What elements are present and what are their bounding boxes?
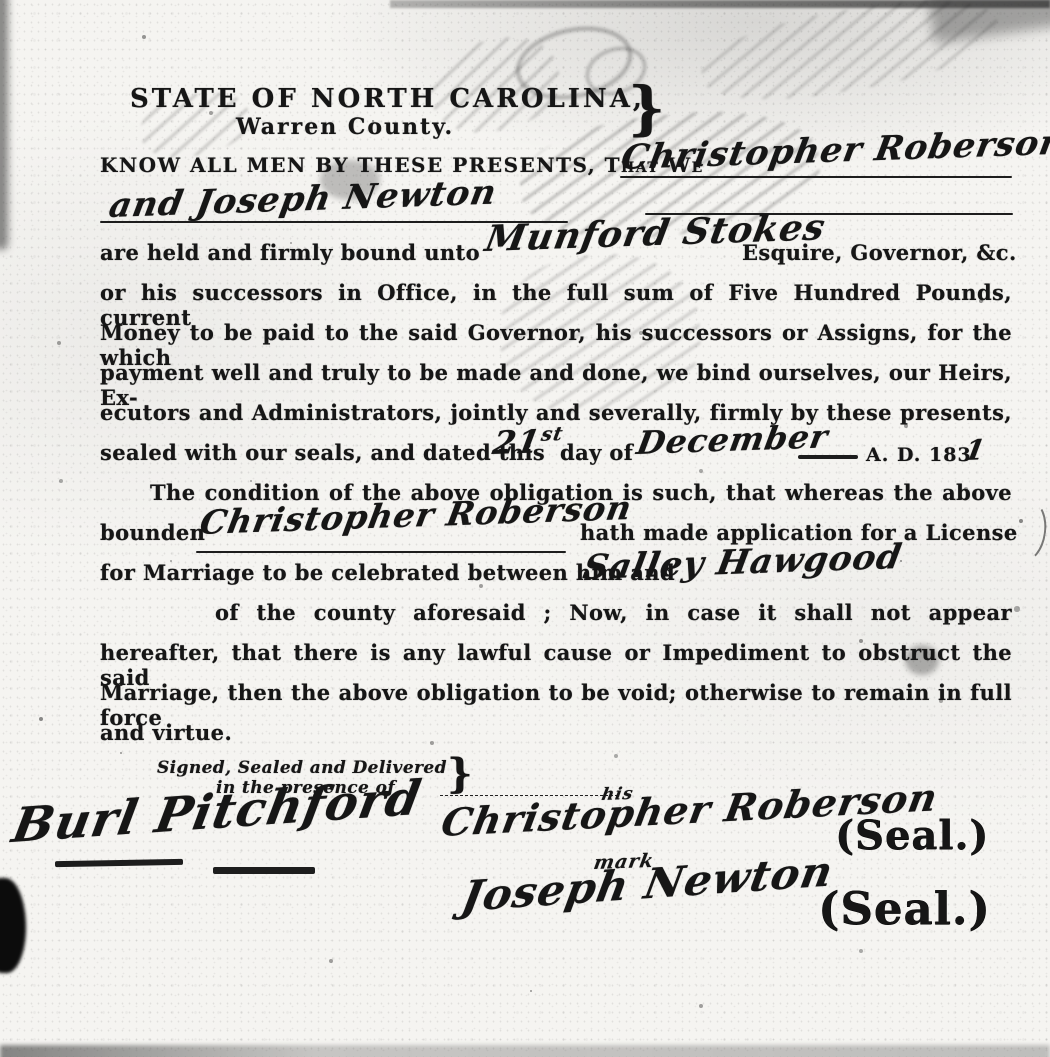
- seal-text-groom: (Seal.): [835, 812, 989, 859]
- county-title: Warren County.: [236, 114, 454, 140]
- paper-specks: [0, 0, 2, 2]
- ad-year-text: A. D. 183: [866, 444, 972, 466]
- seal-text-surety: (Seal.): [818, 882, 991, 935]
- bounden-text: bounden: [100, 520, 205, 545]
- signature-underline-stroke: [55, 859, 183, 867]
- scan-edge-bottom: [0, 1045, 1050, 1057]
- attestation-brace: }: [447, 750, 473, 797]
- day-of-text: day of: [560, 440, 633, 465]
- month-dash-stroke: [798, 455, 858, 459]
- know-all-men-line: KNOW ALL MEN BY THESE PRESENTS, That We: [100, 153, 704, 177]
- year-digit-handwritten: 1: [962, 433, 988, 467]
- blank-line-rule: [196, 551, 566, 553]
- surety-name-handwritten: and Joseph Newton: [106, 173, 500, 226]
- condition-line-5: Marriage, then the above obligation to b…: [100, 680, 1012, 730]
- day-number: 21: [490, 422, 544, 462]
- state-title: STATE OF NORTH CAROLINA,: [130, 84, 645, 114]
- document-page: STATE OF NORTH CAROLINA, Warren County. …: [0, 0, 1050, 1057]
- ink-blob-bottom-left: [0, 878, 26, 973]
- ink-bleedthrough-smudge: [695, 0, 1004, 115]
- condition-line-3: of the county aforesaid ; Now, in case i…: [215, 600, 1012, 625]
- condition-line-6: and virtue.: [100, 720, 232, 745]
- scan-edge-left: [0, 0, 8, 250]
- header-brace: }: [628, 74, 666, 142]
- bound-unto-text: are held and firmly bound unto: [100, 240, 480, 265]
- day-handwritten: 21st: [490, 422, 565, 462]
- blank-line-rule: [620, 176, 1012, 178]
- dated-prefix-text: sealed with our seals, and dated this: [100, 440, 545, 465]
- signature-underline-stroke: [213, 867, 315, 874]
- esquire-text: Esquire, Governor, &c.: [742, 240, 1017, 265]
